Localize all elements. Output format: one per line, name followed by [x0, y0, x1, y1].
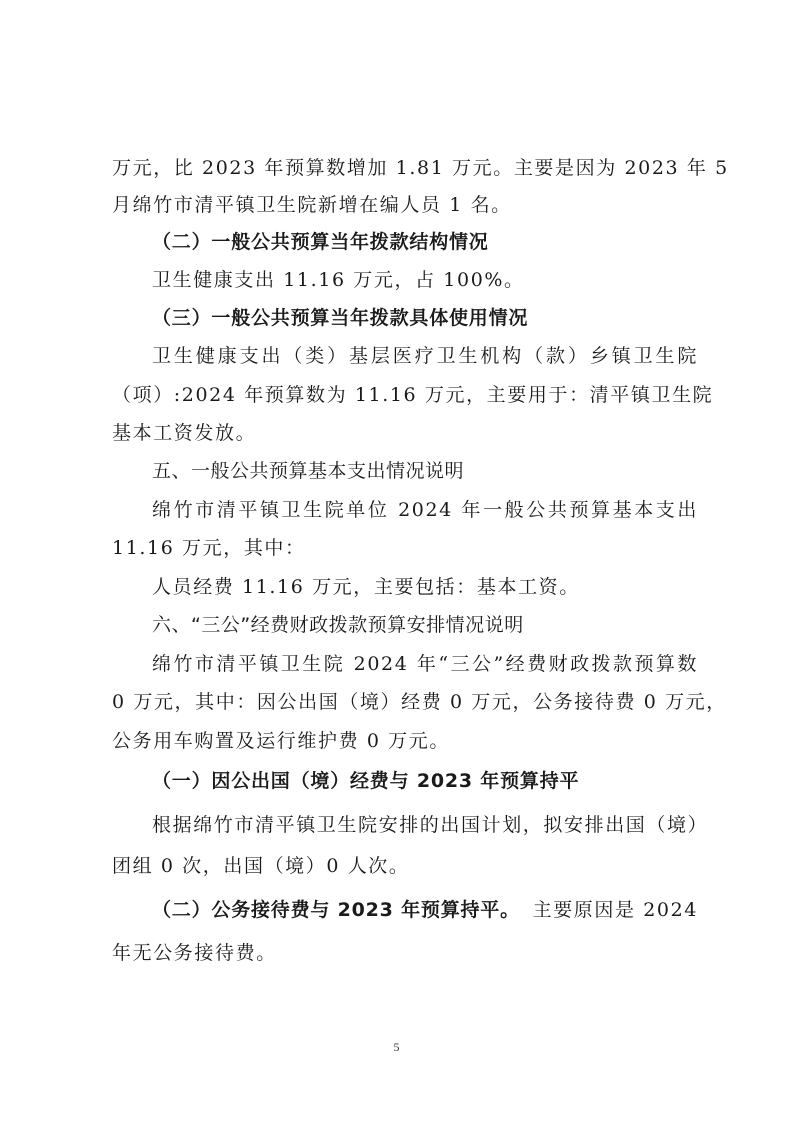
- paragraph-line: 团组 0 次，出国（境）0 人次。: [112, 853, 698, 879]
- paragraph-line: 绵竹市清平镇卫生院单位 2024 年一般公共预算基本支出: [152, 497, 698, 523]
- paragraph-line: 公务用车购置及运行维护费 0 万元。: [112, 728, 698, 754]
- paragraph-line: 年无公务接待费。: [112, 940, 698, 966]
- paragraph-line-mixed: （二）公务接待费与 2023 年预算持平。 主要原因是 2024: [152, 897, 698, 923]
- page-number: 5: [0, 1040, 793, 1055]
- paragraph-line: 0 万元，其中：因公出国（境）经费 0 万元，公务接待费 0 万元，: [112, 689, 698, 715]
- paragraph-text: 主要原因是 2024: [533, 897, 698, 923]
- document-page: 万元，比 2023 年预算数增加 1.81 万元。主要是因为 2023 年 5 …: [0, 0, 793, 1122]
- subheading: （二）一般公共预算当年拨款结构情况: [152, 229, 738, 255]
- paragraph-line: 卫生健康支出（类）基层医疗卫生机构（款）乡镇卫生院: [152, 343, 698, 369]
- paragraph-line: 绵竹市清平镇卫生院 2024 年“三公”经费财政拨款预算数: [152, 651, 698, 677]
- subheading: （一）因公出国（境）经费与 2023 年预算持平: [152, 768, 738, 794]
- paragraph-line: 万元，比 2023 年预算数增加 1.81 万元。主要是因为 2023 年 5: [112, 155, 698, 181]
- paragraph-line: 11.16 万元，其中：: [112, 535, 698, 561]
- paragraph-line: 根据绵竹市清平镇卫生院安排的出国计划，拟安排出国（境）: [152, 812, 698, 838]
- paragraph-line: 卫生健康支出 11.16 万元，占 100%。: [152, 267, 698, 293]
- subheading-inline: （二）公务接待费与 2023 年预算持平。: [152, 897, 520, 923]
- paragraph-line: 月绵竹市清平镇卫生院新增在编人员 1 名。: [112, 192, 698, 218]
- subheading: （三）一般公共预算当年拨款具体使用情况: [152, 305, 738, 331]
- section-heading: 五、一般公共预算基本支出情况说明: [152, 458, 698, 484]
- paragraph-line: 人员经费 11.16 万元，主要包括：基本工资。: [152, 574, 698, 600]
- paragraph-line: 基本工资发放。: [112, 420, 698, 446]
- paragraph-line: （项）:2024 年预算数为 11.16 万元，主要用于：清平镇卫生院: [112, 382, 698, 408]
- section-heading: 六、“三公”经费财政拨款预算安排情况说明: [152, 612, 698, 638]
